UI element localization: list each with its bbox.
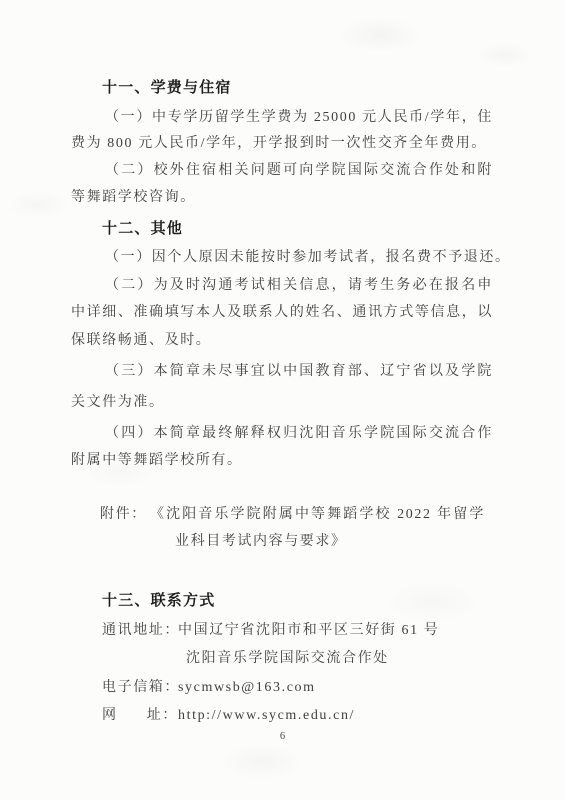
attachment-title-line: 《沈阳音乐学院附属中等舞蹈学校 2022 年留学生专 <box>150 501 485 528</box>
contact-row-email: 电子信箱：sycmwsb@163.com <box>102 674 316 701</box>
contact-label: 通讯地址： <box>102 617 178 644</box>
text-line: 附属中等舞蹈学校所有。 <box>71 447 493 474</box>
document-page: 十一、学费与住宿 （一）中专学历留学生学费为 25000 元人民币/学年，住宿 … <box>0 0 565 800</box>
text-line: 等舞蹈学校咨询。 <box>71 184 493 211</box>
contact-value-address-line1: 中国辽宁省沈阳市和平区三好街 61 号 <box>178 617 439 644</box>
attachment-title-line: 业科目考试内容与要求》 <box>175 528 347 555</box>
contact-value-address-line2: 沈阳音乐学院国际交流合作处 <box>186 645 389 672</box>
section-heading-contact: 十三、联系方式 <box>102 587 215 614</box>
section-heading-other: 十二、其他 <box>102 215 183 242</box>
contact-label: 网址： <box>102 702 178 729</box>
text-line: （三）本简章未尽事宜以中国教育部、辽宁省以及学院的相 <box>71 358 493 385</box>
contact-label: 电子信箱： <box>102 674 178 701</box>
section-heading-fees: 十一、学费与住宿 <box>102 74 232 101</box>
text-line: （二）校外住宿相关问题可向学院国际交流合作处和附属中 <box>71 157 493 184</box>
contact-value-website: http://www.sycm.edu.cn/ <box>178 702 355 729</box>
text-line: 中详细、准确填写本人及联系人的姓名、通讯方式等信息，以确 <box>71 299 493 326</box>
page-number: 6 <box>0 728 565 746</box>
contact-row-address: 通讯地址：中国辽宁省沈阳市和平区三好街 61 号 <box>102 617 439 644</box>
text-line: （四）本简章最终解释权归沈阳音乐学院国际交流合作处、 <box>71 420 493 447</box>
text-line: （一）中专学历留学生学费为 25000 元人民币/学年，住宿 <box>71 104 493 131</box>
attachment-label: 附件： <box>100 501 147 528</box>
text-line: 关文件为准。 <box>71 389 493 416</box>
text-line: 保联络畅通、及时。 <box>71 327 493 354</box>
contact-row-address-cont: 沈阳音乐学院国际交流合作处 <box>186 645 389 672</box>
text-line: （一）因个人原因未能按时参加考试者，报名费不予退还。 <box>71 244 493 271</box>
contact-value-email: sycmwsb@163.com <box>178 674 316 701</box>
text-line: （二）为及时沟通考试相关信息，请考生务必在报名申请表 <box>71 272 493 299</box>
contact-row-website: 网址：http://www.sycm.edu.cn/ <box>102 702 355 729</box>
text-line: 费为 800 元人民币/学年，开学报到时一次性交齐全年费用。 <box>71 130 493 157</box>
